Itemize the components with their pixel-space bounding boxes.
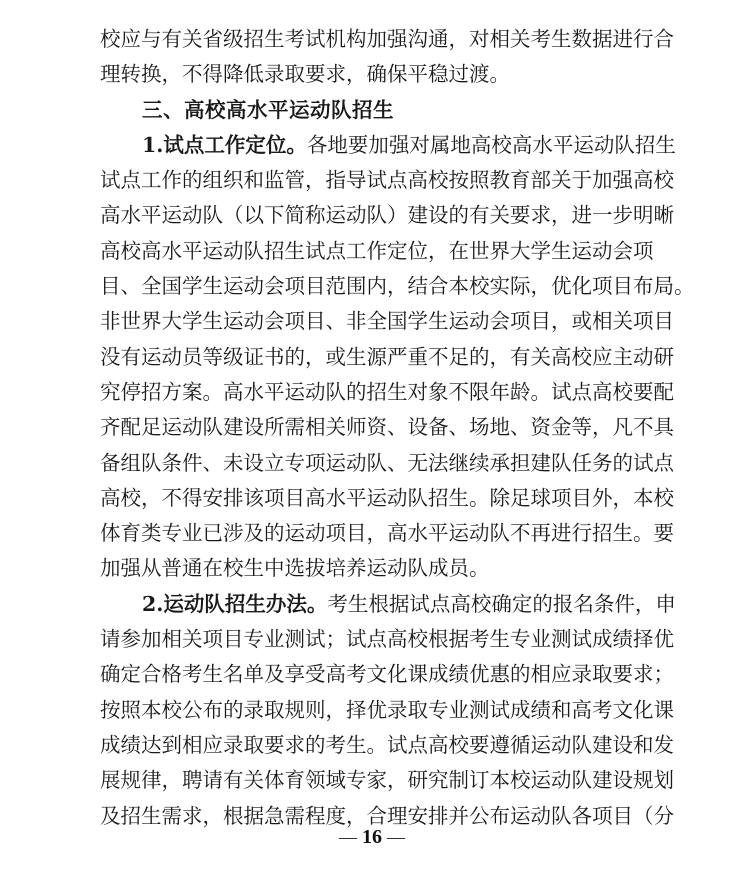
document-page: 校应与有关省级招生考试机构加强沟通，对相关考生数据进行合 理转换，不得降低录取要… [0, 0, 744, 889]
body-text-line: 高校，不得安排该项目高水平运动队招生。除足球项目外，本校 [100, 481, 650, 516]
body-text-line: 目、全国学生运动会项目范围内，结合本校实际，优化项目布局。 [100, 269, 650, 304]
paragraph-2-first-line: 2.运动队招生办法。考生根据试点高校确定的报名条件，申 [100, 587, 650, 622]
page-number-dash-right: — [387, 827, 405, 847]
section-heading: 三、高校高水平运动队招生 [100, 93, 650, 128]
page-number-footer: — 16 — [0, 826, 744, 849]
body-text-line: 确定合格考生名单及享受高考文化课成绩优惠的相应录取要求； [100, 657, 650, 692]
body-text-line: 请参加相关项目专业测试；试点高校根据考生专业测试成绩择优 [100, 622, 650, 657]
page-number-dash-left: — [339, 827, 357, 847]
body-text-line: 理转换，不得降低录取要求，确保平稳过渡。 [100, 57, 650, 92]
paragraph-1-first-line-text: 各地要加强对属地高校高水平运动队招生 [307, 133, 676, 157]
body-text-line: 高水平运动队（以下简称运动队）建设的有关要求，进一步明晰 [100, 198, 650, 233]
paragraph-1-first-line: 1.试点工作定位。各地要加强对属地高校高水平运动队招生 [100, 128, 650, 163]
paragraph-1-runin-title: 1.试点工作定位。 [142, 133, 307, 157]
body-text-line: 齐配足运动队建设所需相关师资、设备、场地、资金等，凡不具 [100, 410, 650, 445]
body-text-line: 非世界大学生运动会项目、非全国学生运动会项目，或相关项目 [100, 304, 650, 339]
page-number: 16 [362, 826, 382, 848]
body-text-line: 备组队条件、未设立专项运动队、无法继续承担建队任务的试点 [100, 446, 650, 481]
body-text-line: 高校高水平运动队招生试点工作定位，在世界大学生运动会项 [100, 234, 650, 269]
body-text-line: 体育类专业已涉及的运动项目，高水平运动队不再进行招生。要 [100, 516, 650, 551]
paragraph-2-first-line-text: 考生根据试点高校确定的报名条件，申 [327, 592, 676, 616]
document-body: 校应与有关省级招生考试机构加强沟通，对相关考生数据进行合 理转换，不得降低录取要… [100, 22, 650, 834]
body-text-line: 究停招方案。高水平运动队的招生对象不限年龄。试点高校要配 [100, 375, 650, 410]
body-text-line: 加强从普通在校生中选拔培养运动队成员。 [100, 551, 650, 586]
paragraph-2-runin-title: 2.运动队招生办法。 [142, 592, 327, 616]
body-text-line: 校应与有关省级招生考试机构加强沟通，对相关考生数据进行合 [100, 22, 650, 57]
body-text-line: 没有运动员等级证书的，或生源严重不足的，有关高校应主动研 [100, 340, 650, 375]
body-text-line: 展规律，聘请有关体育领域专家，研究制订本校运动队建设规划 [100, 763, 650, 798]
body-text-line: 试点工作的组织和监管，指导试点高校按照教育部关于加强高校 [100, 163, 650, 198]
body-text-line: 按照本校公布的录取规则，择优录取专业测试成绩和高考文化课 [100, 693, 650, 728]
body-text-line: 成绩达到相应录取要求的考生。试点高校要遵循运动队建设和发 [100, 728, 650, 763]
